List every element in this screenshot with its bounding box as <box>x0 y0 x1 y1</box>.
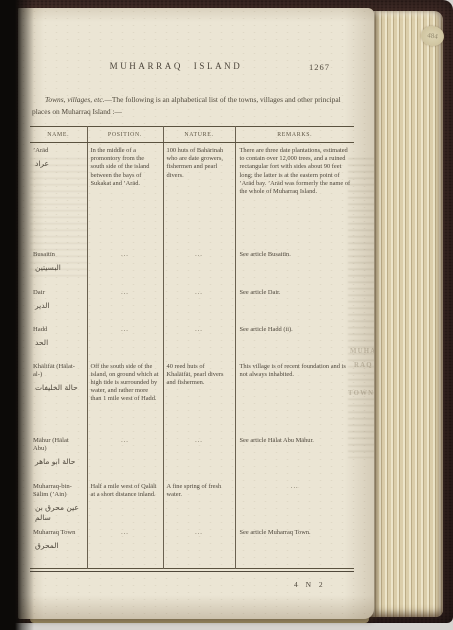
table-row: Dairالدير......See article Dair. <box>30 285 354 322</box>
page-number: 1267 <box>309 62 330 72</box>
printed-content: MUHARRAQ ISLAND 1267 Towns, villages, et… <box>28 8 358 619</box>
place-name-arabic: الدير <box>33 301 84 311</box>
cell-name: Khālifāt (Hālat-al-)حالة الخليفات <box>30 359 87 433</box>
table-row: Busaitīnالبسيتين......See article Busait… <box>30 247 354 285</box>
column-header-remarks: Remarks. <box>235 127 354 143</box>
folio-annotation-label: 484 <box>427 31 439 40</box>
cell-position: Half a mile west of Qalāli at a short di… <box>87 479 163 525</box>
cell-name: Dairالدير <box>30 285 87 322</box>
place-name: Māhur (Hālat Abu) <box>33 437 84 454</box>
place-name: Dair <box>33 289 84 297</box>
place-name: Khālifāt (Hālat-al-) <box>33 363 84 380</box>
place-name-arabic: الحد <box>33 338 84 348</box>
cell-nature: ... <box>163 285 235 322</box>
column-header-nature: Nature. <box>163 127 235 143</box>
cell-name: Māhur (Hālat Abu)حالة ابو ماهر <box>30 433 87 479</box>
cell-nature: ... <box>163 525 235 569</box>
cell-nature: 100 huts of Bahārinah who are date growe… <box>163 143 235 247</box>
place-name: Busaitīn <box>33 251 84 259</box>
cell-position: In the middle of a promontory from the s… <box>87 143 163 247</box>
cell-remarks: See article Muharraq Town. <box>235 525 354 569</box>
cell-position: ... <box>87 247 163 285</box>
places-table: Name. Position. Nature. Remarks. ’Arādعر… <box>30 126 354 569</box>
cell-remarks: This village is of recent foundation and… <box>235 359 354 433</box>
cell-remarks: See article Busaitīn. <box>235 247 354 285</box>
cell-remarks: There are three date plantations, estima… <box>235 143 354 247</box>
cell-nature: ... <box>163 247 235 285</box>
place-name-arabic: عين محرق بن سالم <box>33 503 84 522</box>
page-title: MUHARRAQ ISLAND <box>44 61 308 71</box>
places-table-wrap: Name. Position. Nature. Remarks. ’Arādعر… <box>30 126 354 572</box>
place-name: Hadd <box>33 326 84 334</box>
cell-name: Haddالحد <box>30 322 87 359</box>
cell-nature: ... <box>163 433 235 479</box>
running-head: MUHARRAQ ISLAND 1267 <box>28 61 358 75</box>
column-header-name: Name. <box>30 127 87 143</box>
table-row: Māhur (Hālat Abu)حالة ابو ماهر......See … <box>30 433 354 479</box>
cell-position: ... <box>87 285 163 322</box>
signature-mark: 4 N 2 <box>294 580 326 589</box>
book-photo: MUHAR RAQ TOWN MUHARRAQ ISLAND 1267 Town… <box>0 0 453 630</box>
cell-position: Off the south side of the island, on gro… <box>87 359 163 433</box>
place-name-arabic: المحرق <box>33 541 84 551</box>
cell-remarks: ... <box>235 479 354 525</box>
cell-position: ... <box>87 322 163 359</box>
table-row: Muharraq-bin-Sālim (’Ain)عين محرق بن سال… <box>30 479 354 525</box>
table-row: ’ArādعرادIn the middle of a promontory f… <box>30 143 354 247</box>
cell-nature: A fine spring of fresh water. <box>163 479 235 525</box>
cell-name: Muharraq Townالمحرق <box>30 525 87 569</box>
page-fore-edges <box>367 11 443 617</box>
cell-nature: 40 reed huts of Khalāifāt, pearl divers … <box>163 359 235 433</box>
cell-remarks: See article Hadd (ii). <box>235 322 354 359</box>
place-name: Muharraq Town <box>33 529 84 537</box>
place-name-arabic: حالة الخليفات <box>33 383 84 393</box>
cell-name: ’Arādعراد <box>30 143 87 247</box>
cell-position: ... <box>87 525 163 569</box>
place-name: Muharraq-bin-Sālim (’Ain) <box>33 483 84 500</box>
cell-nature: ... <box>163 322 235 359</box>
cell-remarks: See article Dair. <box>235 285 354 322</box>
book-page: MUHAR RAQ TOWN MUHARRAQ ISLAND 1267 Town… <box>18 8 374 619</box>
cell-name: Busaitīnالبسيتين <box>30 247 87 285</box>
place-name-arabic: البسيتين <box>33 263 84 273</box>
column-header-position: Position. <box>87 127 163 143</box>
cell-name: Muharraq-bin-Sālim (’Ain)عين محرق بن سال… <box>30 479 87 525</box>
table-row: Haddالحد......See article Hadd (ii). <box>30 322 354 359</box>
intro-paragraph: Towns, villages, etc.—The following is a… <box>32 94 344 117</box>
book-gutter-shadow <box>0 0 34 630</box>
place-name-arabic: عراد <box>33 159 84 169</box>
intro-lead-italic: Towns, villages, etc. <box>45 95 104 104</box>
table-row: Khālifāt (Hālat-al-)حالة الخليفاتOff the… <box>30 359 354 433</box>
cell-position: ... <box>87 433 163 479</box>
place-name-arabic: حالة ابو ماهر <box>33 457 84 467</box>
table-row: Muharraq Townالمحرق......See article Muh… <box>30 525 354 569</box>
table-header-row: Name. Position. Nature. Remarks. <box>30 127 354 143</box>
cell-remarks: See article Hālat Abu Māhur. <box>235 433 354 479</box>
place-name: ’Arād <box>33 147 84 155</box>
